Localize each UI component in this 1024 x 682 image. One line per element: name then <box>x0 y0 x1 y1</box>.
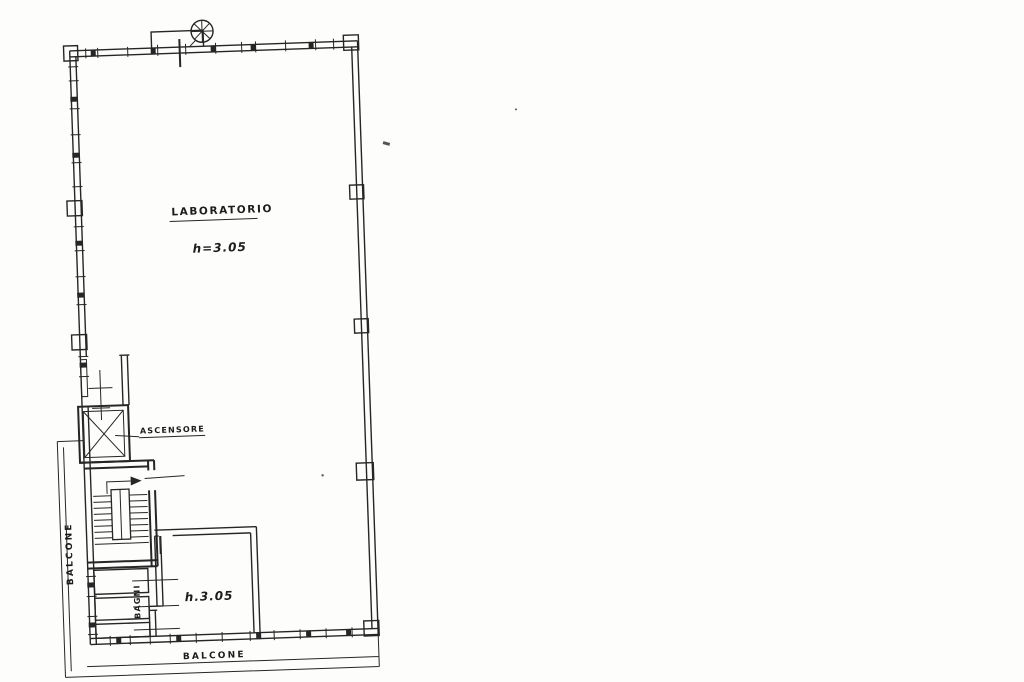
scan-specks <box>309 108 530 476</box>
scanned-floor-plan-page: ASCENSORE BAGNI <box>0 0 1024 682</box>
elevator-label: ASCENSORE <box>140 424 205 435</box>
window-mullion-ticks <box>68 39 355 647</box>
elevator-centerline-marks <box>88 370 114 421</box>
structural-pillars <box>61 35 379 646</box>
lower-room-walls <box>146 527 260 637</box>
lower-room-height-label: h.3.05 <box>185 589 234 605</box>
window-sill-blocks <box>69 41 352 645</box>
main-room-label-group: LABORATORIO h=3.05 <box>169 203 274 257</box>
main-room-label: LABORATORIO <box>171 203 273 219</box>
fan-symbol <box>189 20 214 47</box>
building-perimeter-walls <box>70 41 379 645</box>
elevator-shaft <box>80 355 131 407</box>
top-protrusion <box>151 30 204 68</box>
bathrooms-label: BAGNI <box>132 584 142 619</box>
main-room-height-label: h=3.05 <box>192 240 247 256</box>
left-balcony-label: BALCONE <box>64 522 76 585</box>
plan-rotated-group: ASCENSORE BAGNI <box>43 9 536 677</box>
bottom-balcony-label: BALCONE <box>183 650 246 662</box>
elevator-cab <box>78 405 130 463</box>
floor-plan-drawing: ASCENSORE BAGNI <box>0 0 1024 682</box>
